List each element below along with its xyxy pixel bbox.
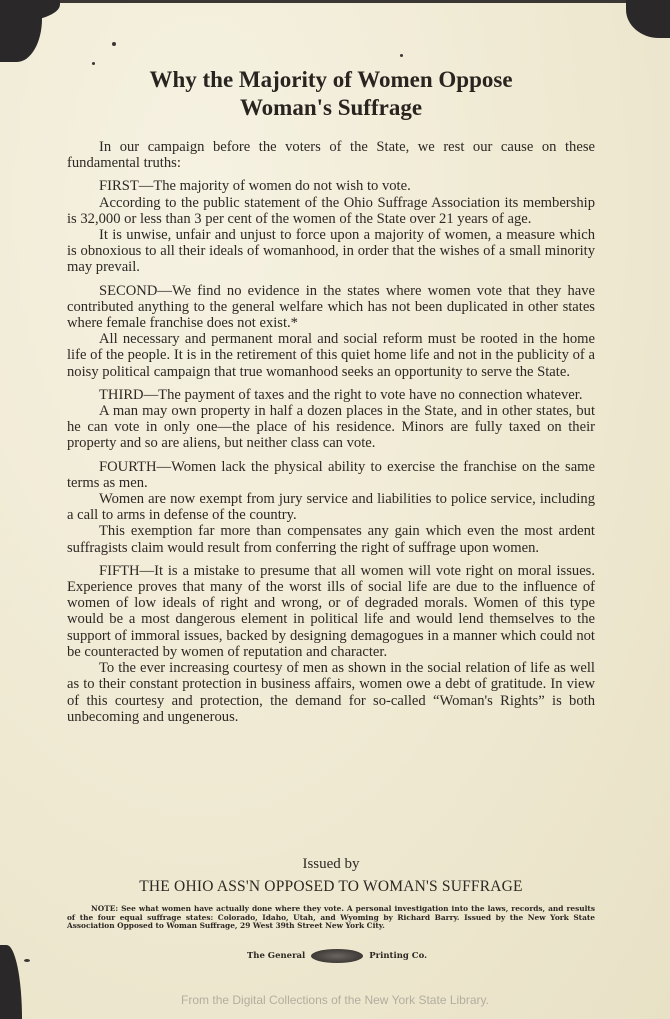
paragraph-intro: In our campaign before the voters of the…	[67, 139, 595, 171]
speck	[92, 62, 95, 65]
library-watermark: From the Digital Collections of the New …	[0, 993, 670, 1007]
printer-name-right: Printing Co.	[369, 951, 427, 961]
issuing-organization: THE OHIO ASS'N OPPOSED TO WOMAN'S SUFFRA…	[67, 878, 595, 896]
paragraph: A man may own property in half a dozen p…	[67, 403, 595, 452]
document-title: Why the Majority of Women Oppose Woman's…	[67, 66, 595, 122]
speck	[112, 42, 116, 46]
paragraph: All necessary and permanent moral and so…	[67, 331, 595, 380]
paragraph-first: FIRST—The majority of women do not wish …	[67, 178, 595, 194]
printer-imprint: The General Printing Co.	[227, 949, 447, 963]
paragraph: It is unwise, unfair and unjust to force…	[67, 227, 595, 276]
document-page: Why the Majority of Women Oppose Woman's…	[0, 0, 670, 1019]
page-top-edge	[30, 0, 630, 3]
corner-stain-bottom-left	[0, 945, 22, 1019]
paragraph-fourth: FOURTH—Women lack the physical ability t…	[67, 459, 595, 491]
corner-stain-top-left-edge	[0, 0, 60, 22]
paragraph-third: THIRD—The payment of taxes and the right…	[67, 387, 595, 403]
paragraph: Women are now exempt from jury service a…	[67, 491, 595, 523]
title-line-1: Why the Majority of Women Oppose	[149, 67, 512, 92]
speck	[24, 959, 30, 962]
issued-by-label: Issued by	[67, 856, 595, 873]
footnote: NOTE: See what women have actually done …	[67, 905, 595, 931]
union-bug-emblem-icon	[311, 949, 363, 963]
title-line-2: Woman's Suffrage	[240, 95, 422, 120]
paragraph-fifth: FIFTH—It is a mistake to presume that al…	[67, 563, 595, 660]
printer-name-left: The General	[247, 951, 305, 961]
speck	[400, 54, 403, 57]
corner-stain-top-right	[626, 0, 670, 38]
paragraph-second: SECOND—We find no evidence in the states…	[67, 283, 595, 332]
footnote-text: NOTE: See what women have actually done …	[67, 904, 595, 930]
paragraph: To the ever increasing courtesy of men a…	[67, 660, 595, 725]
paragraph: According to the public statement of the…	[67, 195, 595, 227]
document-body: In our campaign before the voters of the…	[67, 139, 595, 725]
paragraph: This exemption far more than compensates…	[67, 523, 595, 555]
